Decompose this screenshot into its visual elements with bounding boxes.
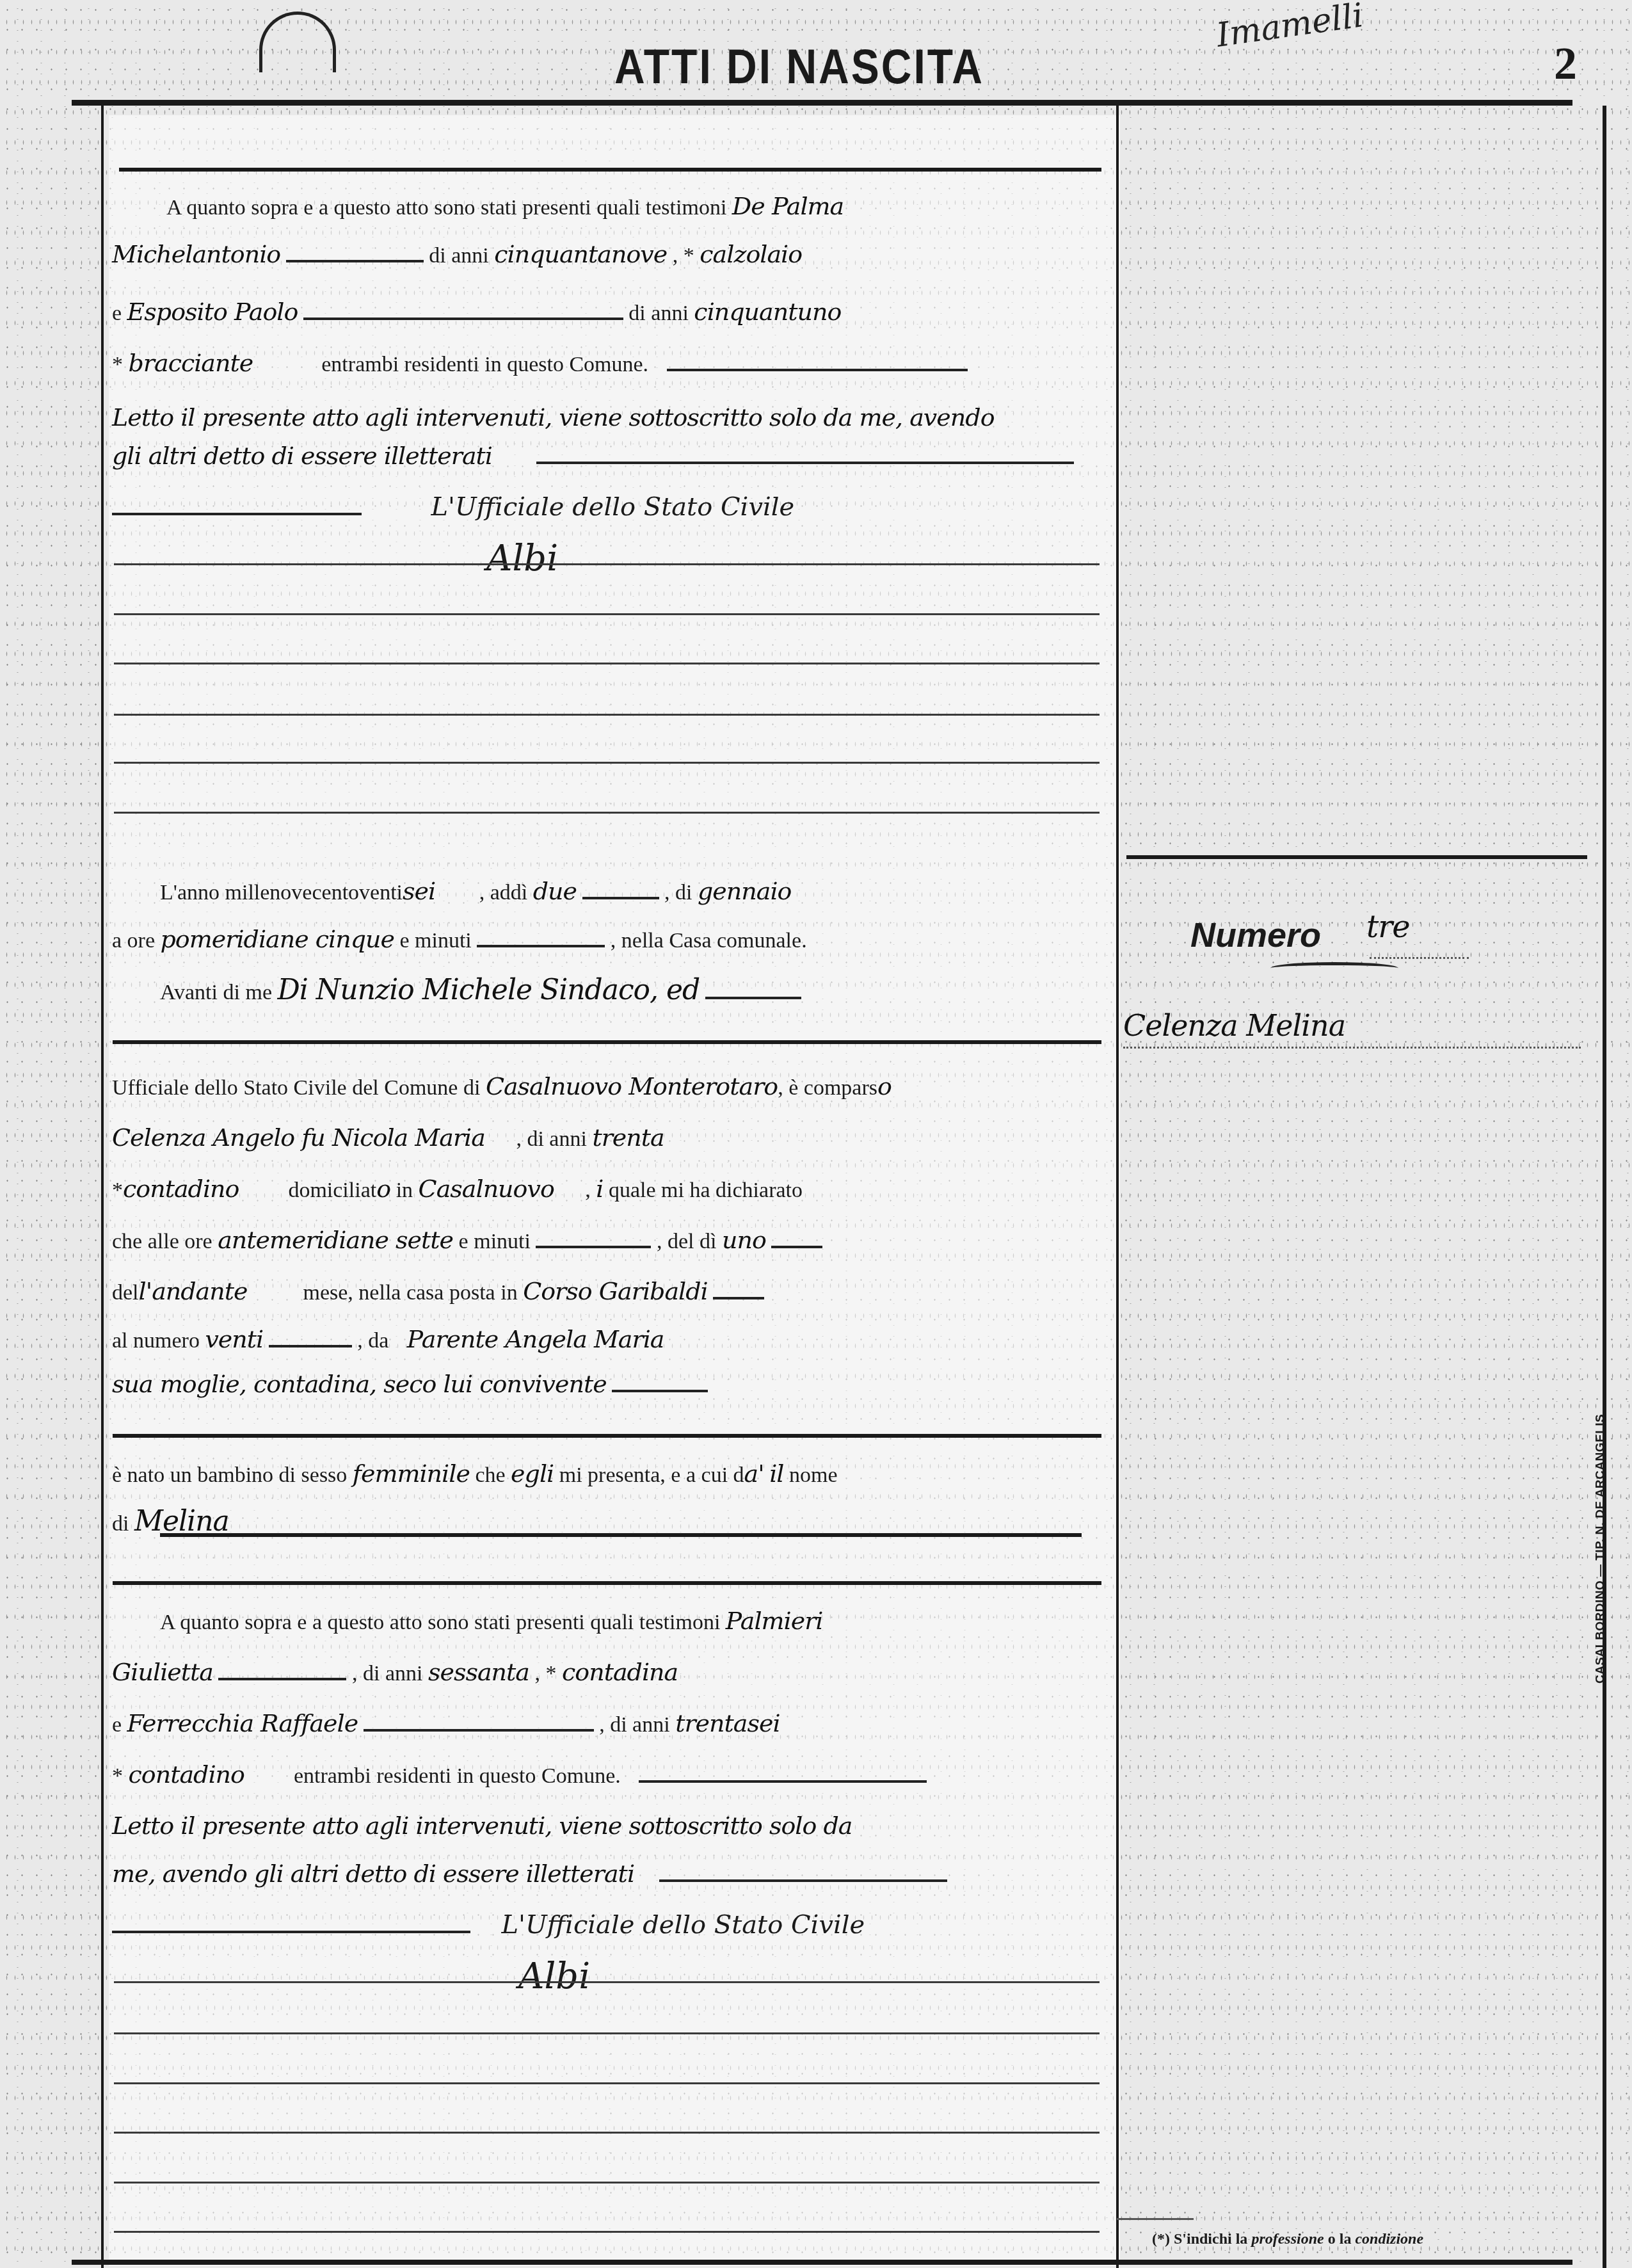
before-row: Avanti di me Di Nunzio Michele Sindaco, … [112,976,1107,1007]
flourish [1270,962,1398,974]
witness-intro-row-2: A quanto sopra e a questo atto sono stat… [112,1607,1107,1637]
page-number: 2 [1554,37,1577,90]
year-suffix: sei [403,877,435,905]
house-row: dell'andante mese, nella casa posta in C… [112,1277,1107,1307]
officer-comune-row: Ufficiale dello Stato Civile del Comune … [112,1072,1107,1102]
residence-row: * bracciante entrambi residenti in quest… [112,349,1107,379]
birth-hour-row: che alle ore antemeridiane sette e minut… [112,1226,1107,1256]
column-divider [1116,106,1119,2268]
reading-note-4: me, avendo gli altri detto di essere ill… [112,1860,1107,1890]
margin-child-name: Celenza Melina [1123,1008,1345,1043]
officer-signature: Albi [486,538,558,579]
reading-note-3: Letto il presente atto agli intervenuti,… [112,1812,1107,1842]
numero-label: Numero [1190,915,1321,955]
footnote: (*) S'indichi la professione o la condiz… [1152,2231,1423,2248]
witness2-row: e Esposito Paolo di anni cinquantuno [112,298,1107,328]
page-title: ATTI DI NASCITA [614,38,984,94]
witness2-row-2: e Ferrecchia Raffaele , di anni trentase… [112,1709,1107,1739]
pencil-mark [259,12,336,72]
left-frame-line [101,106,104,2268]
numero-value: tre [1366,909,1410,945]
domicile-row: *contadino domiciliato in Casalnuovo , i… [112,1175,1107,1205]
printer-credit: CASALBORDINO — TIP. N. DE ARCANGELIS [1594,1351,1613,1684]
officer-title-row: L'Ufficiale dello Stato Civile [112,493,1107,523]
declarant-row: Celenza Angelo fu Nicola Maria , di anni… [112,1123,1107,1154]
reading-note-2: gli altri detto di essere illetterati [112,442,1107,472]
corner-signature: Imamelli [1214,0,1366,55]
residence-row-2: * contadino entrambi residenti in questo… [112,1760,1107,1790]
born-row: è nato un bambino di sesso femminile che… [112,1460,1107,1490]
witness1-row-2: Giulietta , di anni sessanta , * contadi… [112,1658,1107,1688]
section-top-rule [119,168,1101,172]
mother-details-row: sua moglie, contadina, seco lui conviven… [112,1370,1107,1400]
officer-title-row-2: L'Ufficiale dello Stato Civile [112,1911,1107,1941]
margin-divider [1126,855,1587,859]
officer-signature-2: Albi [518,1956,590,1997]
witness1-row: Michelantonio di anni cinquantanove , * … [112,240,1107,270]
bottom-border [72,2260,1572,2265]
witness-intro-row: A quanto sopra e a questo atto sono stat… [112,192,1107,222]
reading-note-1: Letto il presente atto agli intervenuti,… [112,403,1107,433]
right-frame-line [1603,106,1606,2268]
witness1-surname: De Palma [732,192,844,220]
hour-row: a ore pomeridiane cinque e minuti , nell… [112,925,1107,955]
number-row: al numero venti , da Parente Angela Mari… [112,1325,1107,1355]
date-row: L'anno millenovecentoventisei , addì due… [112,877,1107,907]
top-border [72,100,1572,106]
